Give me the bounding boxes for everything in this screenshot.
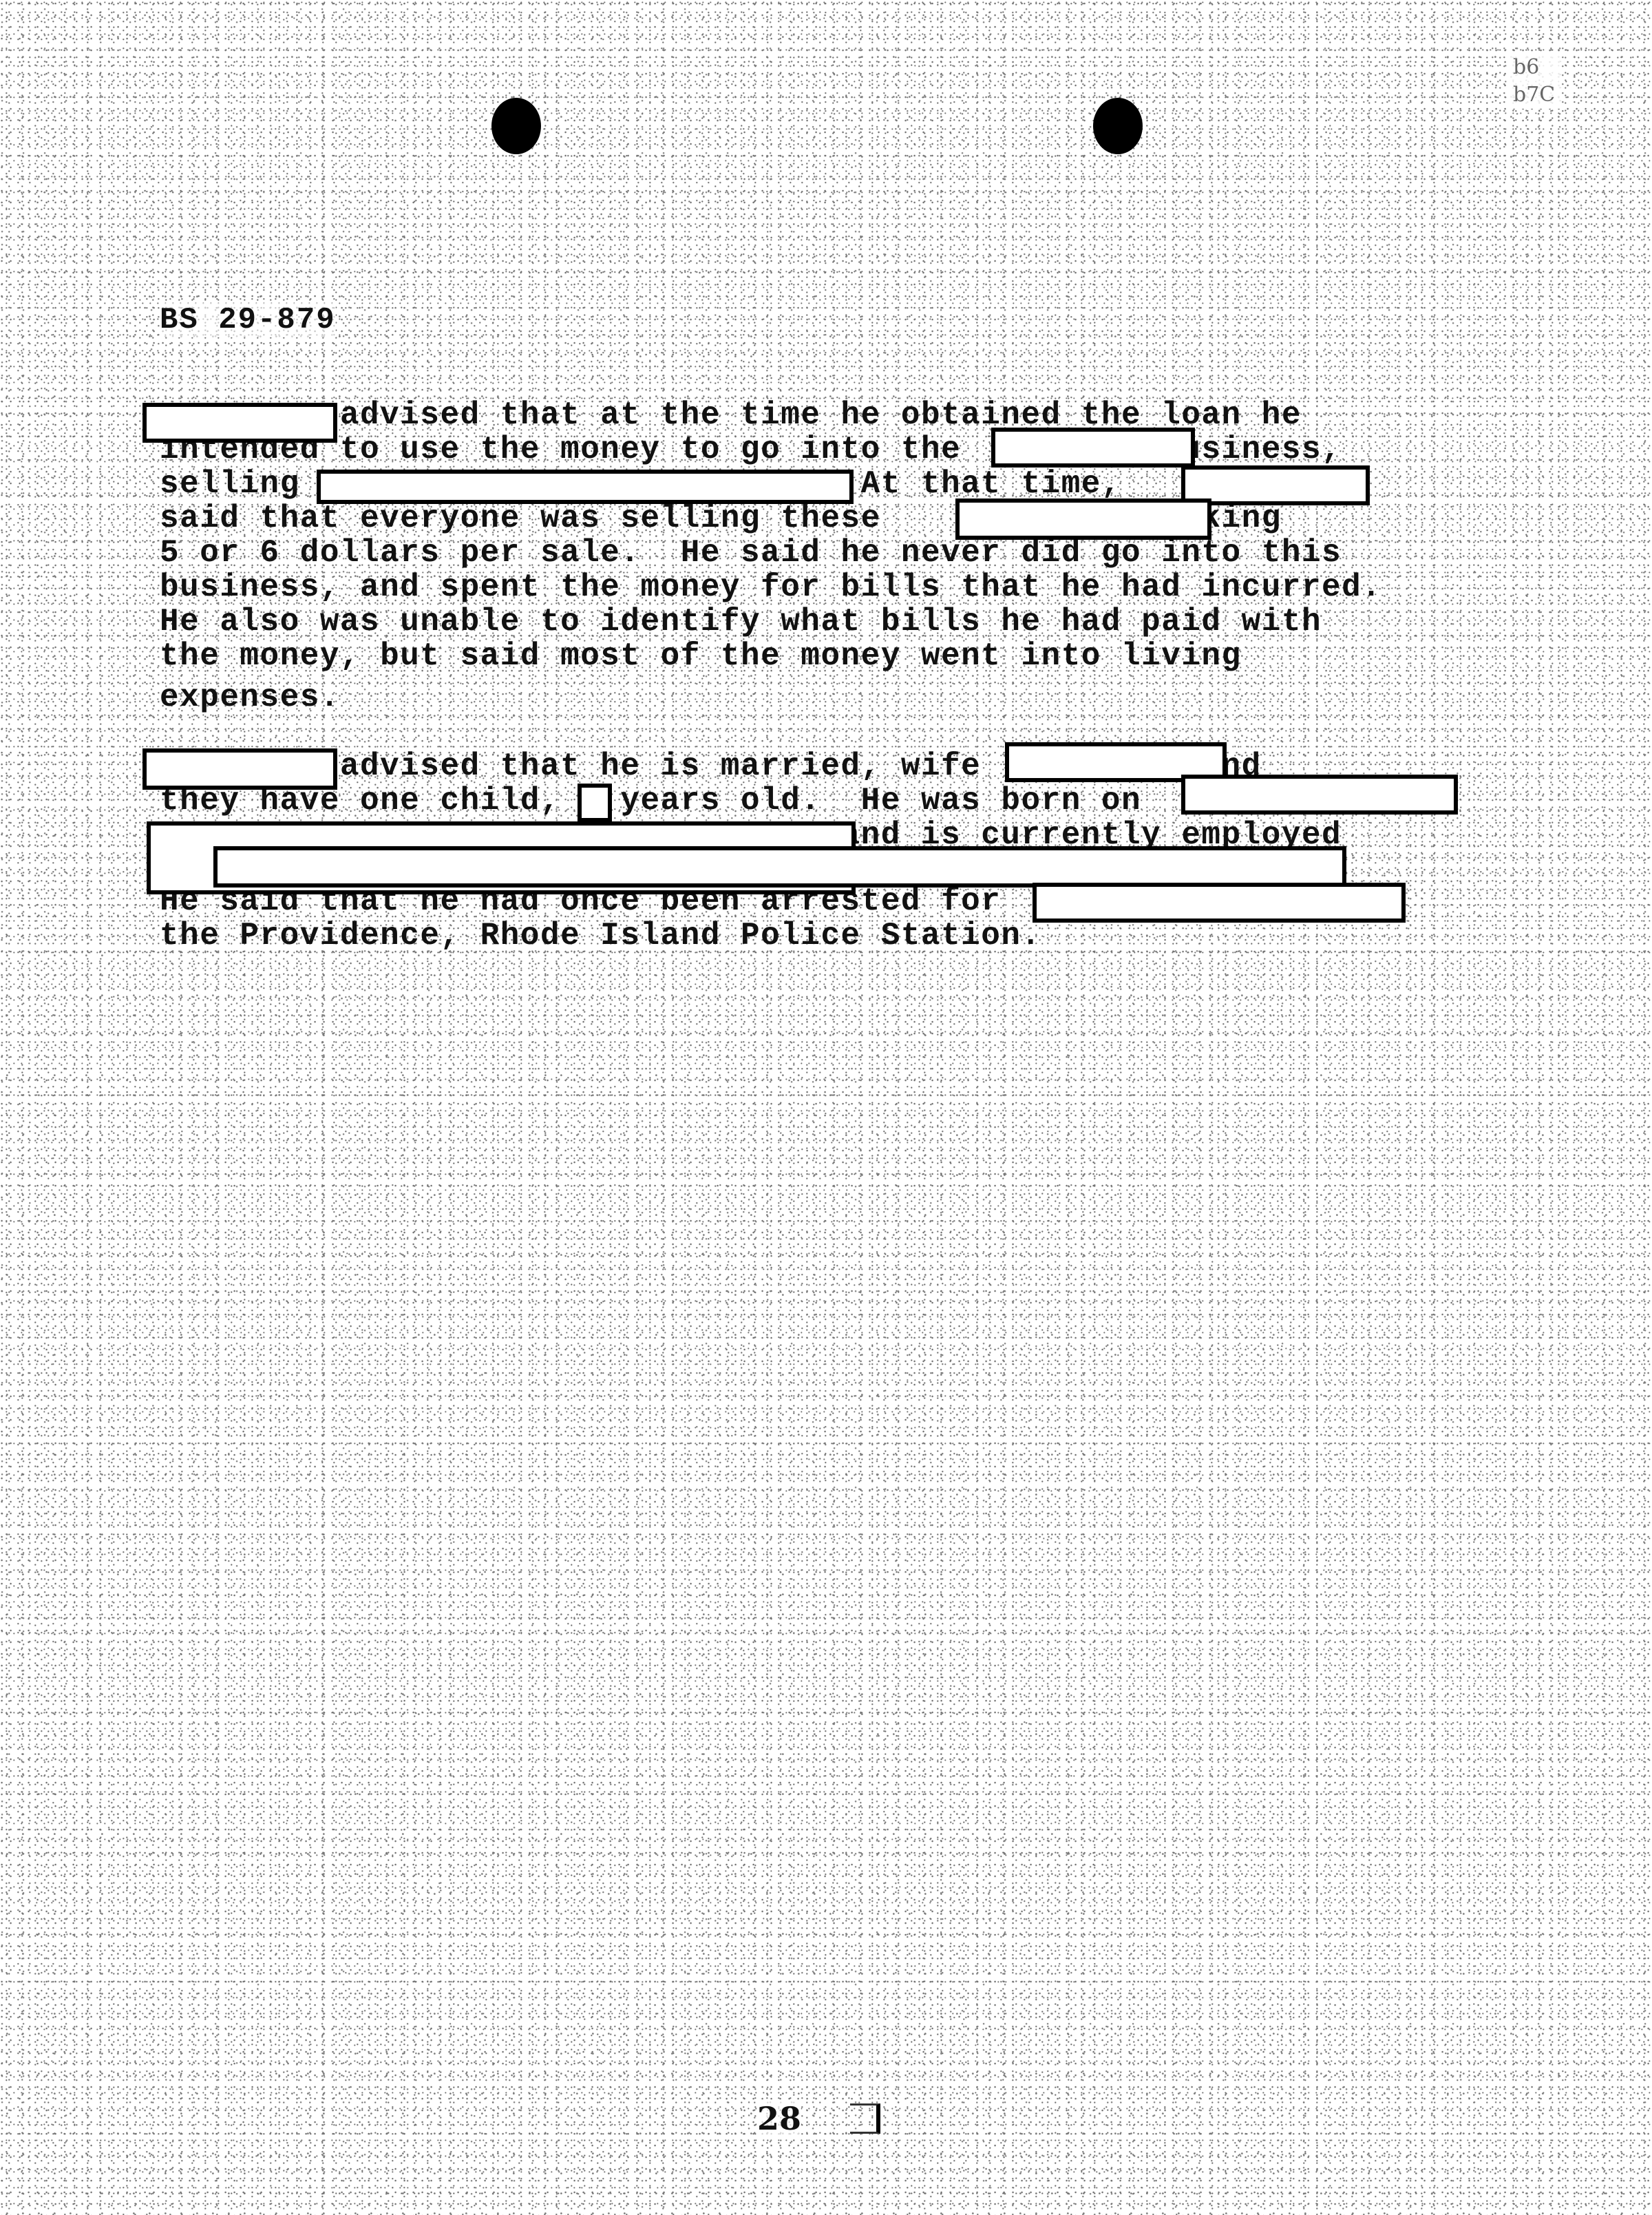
punch-hole-left (491, 98, 541, 154)
redaction-box-birth-date (1181, 775, 1458, 815)
redaction-box-arrest-reason (1032, 883, 1406, 923)
redaction-box-items (955, 498, 1211, 540)
foia-exemption-codes: b6 b7C (1507, 54, 1560, 109)
text-line: the Providence, Rhode Island Police Stat… (160, 918, 1041, 953)
punch-hole-right (1093, 98, 1143, 154)
file-number: BS 29-879 (160, 303, 336, 337)
redaction-box-business-type (991, 428, 1195, 468)
page-number: 28 (757, 2100, 801, 2137)
text-line: business, and spent the money for bills … (160, 570, 1381, 605)
page-corner-mark-icon (850, 2103, 880, 2134)
redaction-box-employer (213, 846, 1346, 888)
redaction-box-child-age (578, 784, 612, 822)
redaction-box-name-1 (142, 403, 337, 443)
text-line: expenses. (160, 680, 340, 715)
redaction-box-items-sold (317, 470, 854, 504)
text-line: 5 or 6 dollars per sale. He said he neve… (160, 536, 1342, 570)
text-line: the money, but said most of the money we… (160, 639, 1242, 673)
exemption-b7c: b7C (1513, 81, 1555, 109)
text-line: He also was unable to identify what bill… (160, 605, 1322, 639)
exemption-b6: b6 (1513, 54, 1555, 81)
redaction-box-name-2 (142, 748, 337, 790)
